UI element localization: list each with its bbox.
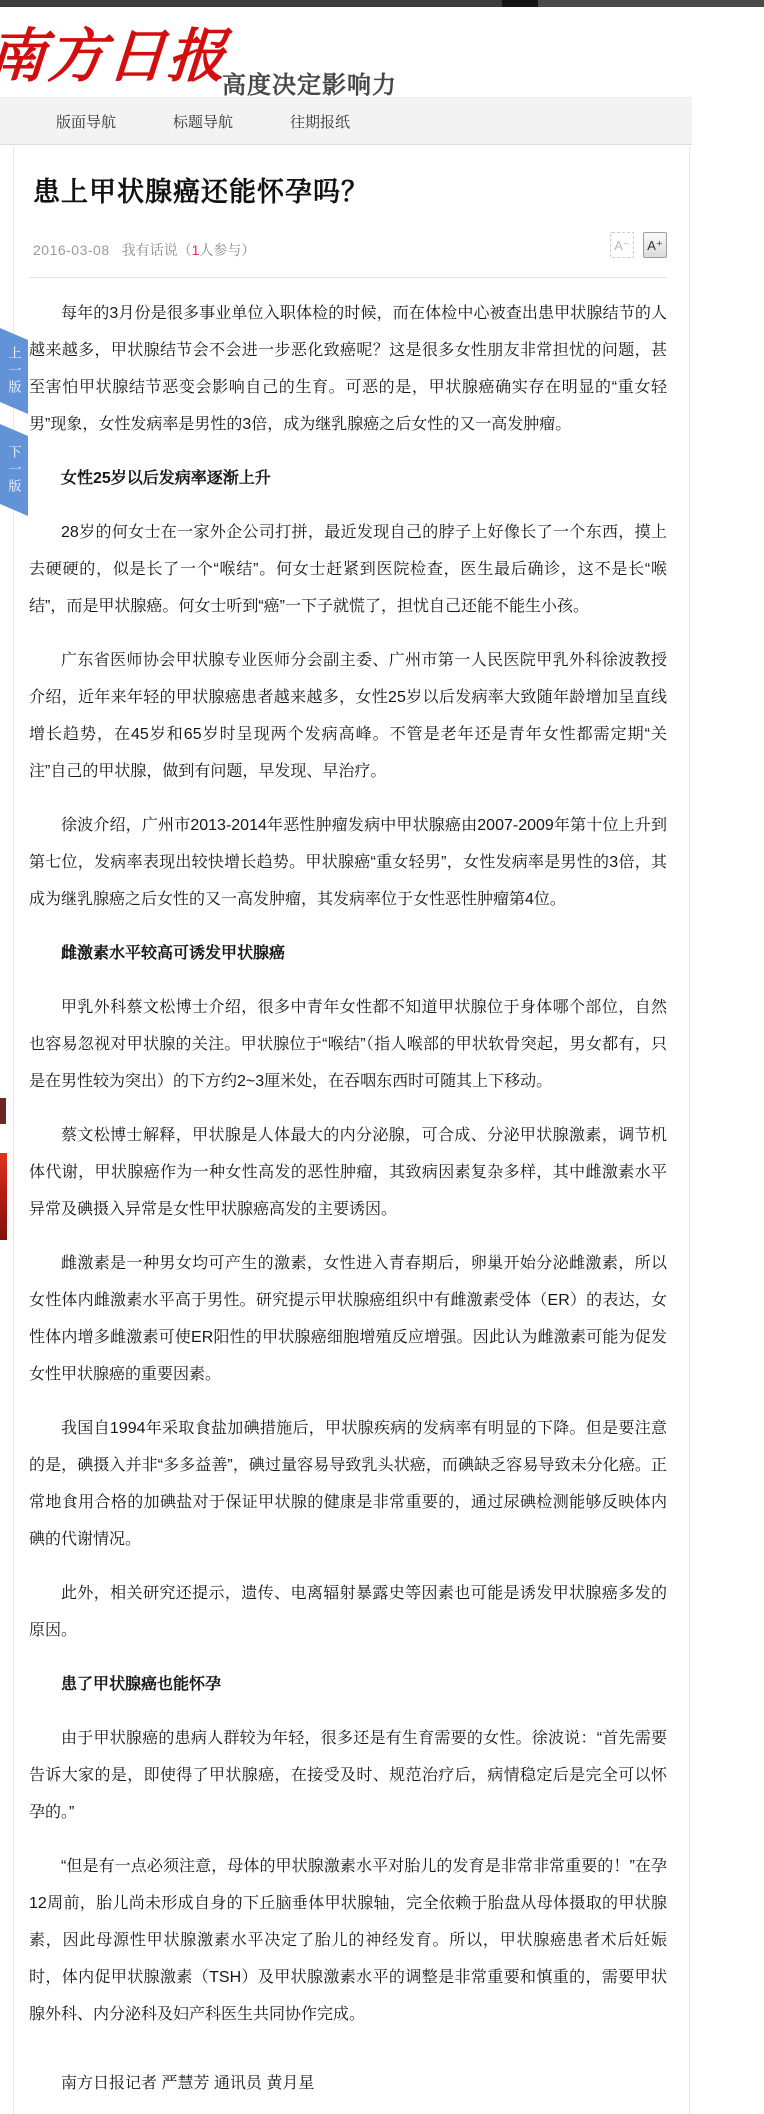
font-size-controls: A⁻ A⁺ [610,232,667,258]
paragraph: 甲乳外科蔡文松博士介绍，很多中青年女性都不知道甲状腺位于身体哪个部位，自然也容易… [29,989,667,1100]
comment-prefix: 我有话说（ [122,242,192,258]
paragraph: 广东省医师协会甲状腺专业医师分会副主委、广州市第一人民医院甲乳外科徐波教授介绍，… [29,642,667,790]
meta-divider [29,277,667,278]
nav-item-headline-navigation[interactable]: 标题导航 [173,111,233,132]
left-edge-image-fragment-small [0,1098,6,1124]
font-decrease-button[interactable]: A⁻ [610,232,634,258]
paragraph: 28岁的何女士在一家外企公司打拼，最近发现自己的脖子上好像长了一个东西，摸上去硬… [29,514,667,625]
prev-edition-tab[interactable]: 上一版 [0,328,28,414]
top-bar [0,0,764,7]
article-container: 患上甲状腺癌还能怀孕吗？ 2016-03-08 我有话说（1人参与） A⁻ A⁺… [13,146,690,2114]
newspaper-logo[interactable]: 南方日报 [0,9,231,93]
subheading: 女性25岁以后发病率逐渐上升 [29,460,667,497]
left-edge-image-fragment-large [0,1153,7,1240]
nav-item-past-editions[interactable]: 往期报纸 [290,111,350,132]
byline: 南方日报记者 严慧芳 通讯员 黄月星 [29,2065,667,2102]
subheading: 患了甲状腺癌也能怀孕 [29,1666,667,1703]
article-title: 患上甲状腺癌还能怀孕吗？ [33,170,667,209]
font-increase-button[interactable]: A⁺ [643,232,667,258]
subheading: 雌激素水平较高可诱发甲状腺癌 [29,935,667,972]
comment-suffix: 人参与） [199,242,255,258]
masthead: 南方日报 高度决定影响力 [0,7,764,97]
paragraph: 我国自1994年采取食盐加碘措施后，甲状腺疾病的发病率有明显的下降。但是要注意的… [29,1410,667,1558]
prev-edition-tab-label: 上一版 [5,346,24,397]
next-edition-tab-label: 下一版 [5,445,24,496]
publish-date: 2016-03-08 [33,242,110,258]
paragraph: 雌激素是一种男女均可产生的激素，女性进入青春期后，卵巢开始分泌雌激素，所以女性体… [29,1245,667,1393]
paragraph: 徐波介绍，广州市2013-2014年恶性肿瘤发病中甲状腺癌由2007-2009年… [29,807,667,918]
paragraph: 蔡文松博士解释，甲状腺是人体最大的内分泌腺，可合成、分泌甲状腺激素，调节机体代谢… [29,1117,667,1228]
navbar: 版面导航 标题导航 往期报纸 [0,97,692,145]
top-bar-dark-segment [502,0,538,7]
nav-item-page-navigation[interactable]: 版面导航 [56,111,116,132]
next-edition-tab[interactable]: 下一版 [0,424,28,516]
top-bar-right-segment [538,0,764,7]
paragraph: 此外，相关研究还提示，遗传、电离辐射暴露史等因素也可能是诱发甲状腺癌多发的原因。 [29,1575,667,1649]
paragraph: “但是有一点必须注意，母体的甲状腺激素水平对胎儿的发育是非常非常重要的！”在孕1… [29,1848,667,2033]
paragraph: 由于甲状腺癌的患病人群较为年轻，很多还是有生育需要的女性。徐波说：“首先需要告诉… [29,1720,667,1831]
article-meta-row: 2016-03-08 我有话说（1人参与） A⁻ A⁺ [33,236,667,264]
comments-link[interactable]: 我有话说（1人参与） [122,240,256,260]
paragraph: 每年的3月份是很多事业单位入职体检的时候，而在体检中心被查出患甲状腺结节的人越来… [29,295,667,443]
masthead-slogan: 高度决定影响力 [222,65,397,100]
article-body: 每年的3月份是很多事业单位入职体检的时候，而在体检中心被查出患甲状腺结节的人越来… [29,295,667,2102]
